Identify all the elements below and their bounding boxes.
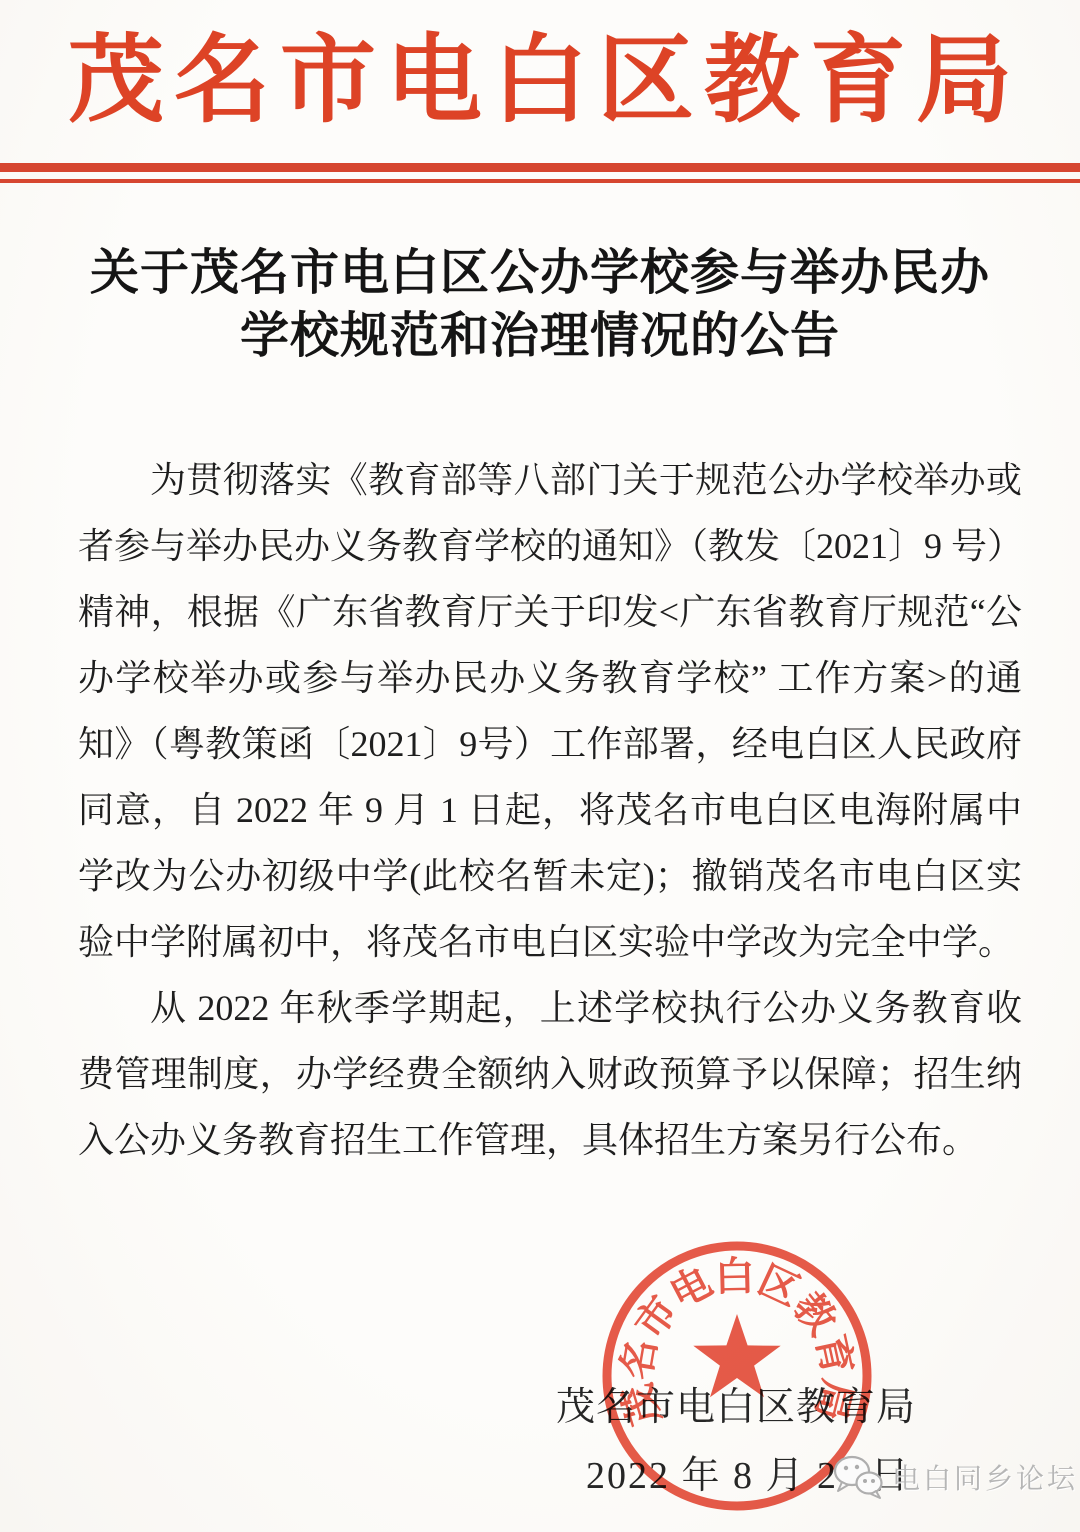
body-paragraph: 从 2022 年秋季学期起，上述学校执行公办义务教育收费管理制度，办学经费全额纳… [78, 975, 1022, 1173]
agency-header: 茂名市电白区教育局 [0, 28, 1080, 134]
header-rule-thick [0, 163, 1080, 172]
document-title-line2: 学校规范和治理情况的公告 [0, 304, 1080, 367]
body-line: 知》（粤教策函〔2021〕9号）工作部署，经电白区人民政府 [78, 711, 1022, 777]
body-line: 费管理制度，办学经费全额纳入财政预算予以保障；招生纳 [78, 1041, 1022, 1107]
document-title: 关于茂名市电白区公办学校参与举办民办 学校规范和治理情况的公告 [0, 241, 1080, 367]
seal-star-icon [693, 1314, 780, 1397]
watermark-text: 电白同乡论坛 [892, 1457, 1078, 1497]
wechat-icon [832, 1452, 884, 1502]
body-line: 为贯彻落实《教育部等八部门关于规范公办学校举办或 [78, 447, 1022, 513]
watermark: 电白同乡论坛 [832, 1452, 1078, 1502]
document-body: 为贯彻落实《教育部等八部门关于规范公办学校举办或者参与举办民办义务教育学校的通知… [78, 447, 1022, 1173]
document-title-line1: 关于茂名市电白区公办学校参与举办民办 [0, 241, 1080, 304]
document-page: 茂名市电白区教育局 关于茂名市电白区公办学校参与举办民办 学校规范和治理情况的公… [0, 0, 1080, 1532]
body-line: 学改为公办初级中学(此校名暂未定)；撤销茂名市电白区实 [78, 843, 1022, 909]
body-line: 办学校举办或参与举办民办义务教育学校” 工作方案>的通 [78, 645, 1022, 711]
body-line: 者参与举办民办义务教育学校的通知》（教发〔2021〕9 号） [78, 513, 1022, 579]
body-line: 精神，根据《广东省教育厅关于印发<广东省教育厅规范“公 [78, 579, 1022, 645]
body-paragraph: 为贯彻落实《教育部等八部门关于规范公办学校举办或者参与举办民办义务教育学校的通知… [78, 447, 1022, 975]
body-line: 验中学附属初中，将茂名市电白区实验中学改为完全中学。 [78, 909, 1022, 975]
body-line: 同意，自 2022 年 9 月 1 日起，将茂名市电白区电海附属中 [78, 777, 1022, 843]
body-line: 从 2022 年秋季学期起，上述学校执行公办义务教育收 [78, 975, 1022, 1041]
body-line: 入公办义务教育招生工作管理，具体招生方案另行公布。 [78, 1107, 1022, 1173]
header-rule-thin [0, 179, 1080, 183]
